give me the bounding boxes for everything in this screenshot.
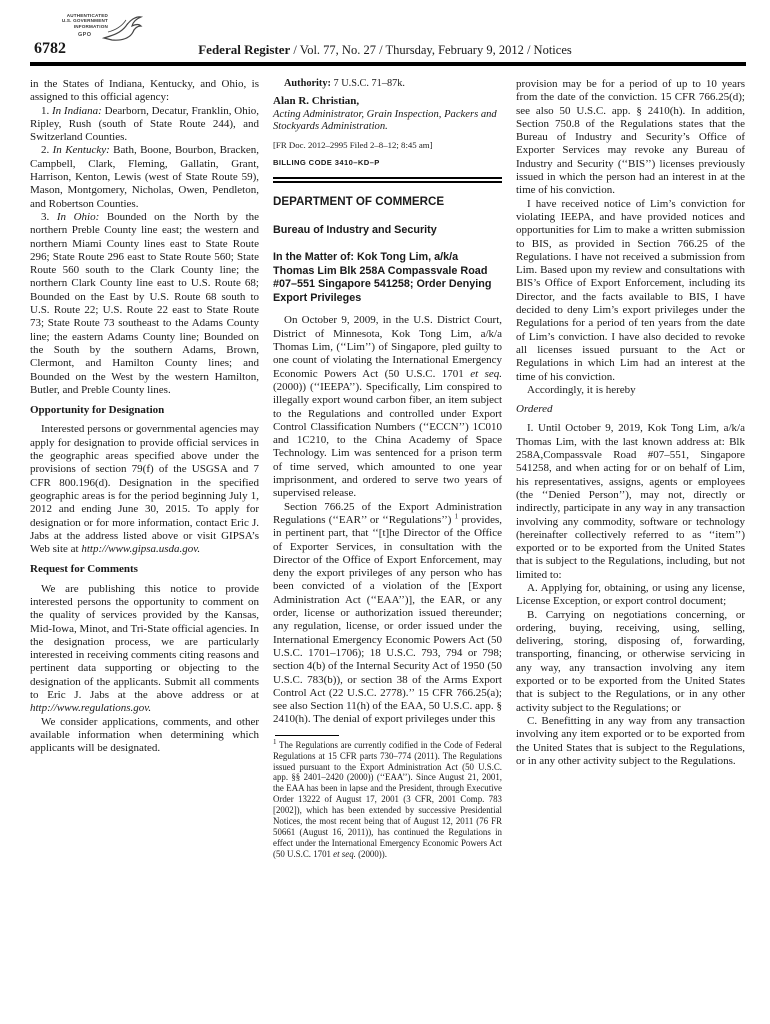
comments-text: We are publishing this notice to provide… [30,583,259,701]
footnote-text-end: (2000)). [356,849,387,859]
state-name-italic: In Kentucky: [53,144,110,156]
heading-request-for-comments: Request for Comments [30,563,259,576]
fr-doc-line: [FR Doc. 2012–2995 Filed 2–8–12; 8:45 am… [273,139,502,152]
signer-title: Acting Administrator, Grain Inspection, … [273,109,502,134]
gipsa-url: http://www.gipsa.usda.gov. [81,543,200,555]
heading-in-the-matter-of: In the Matter of: Kok Tong Lim, a/k/a Th… [273,251,502,305]
paragraph-order-c: C. Benefitting in any way from any trans… [516,715,745,768]
list-number: 2. [41,144,53,156]
paragraph-notice-received: I have received notice of Lim’s convicti… [516,198,745,384]
et-seq-italic: et seq. [470,368,502,380]
list-number: 3. [41,211,57,223]
footnote-separator-rule [275,735,339,736]
gpo-seal-text: AUTHENTICATED U.S. GOVERNMENT INFORMATIO… [44,13,108,29]
heading-opportunity-for-designation: Opportunity for Designation [30,404,259,417]
paragraph-continuation: in the States of Indiana, Kentucky, and … [30,78,259,105]
gpo-seal-abbr: GPO [78,32,91,38]
et-seq-italic: et seq. [333,849,356,859]
paragraph-accordingly: Accordingly, it is hereby [516,384,745,397]
section-divider-rule [273,177,502,183]
column-left: in the States of Indiana, Kentucky, and … [30,78,259,756]
heading-ordered: Ordered [516,403,745,416]
heading-bureau-of-industry-and-security: Bureau of Industry and Security [273,224,502,237]
regulations-text-cont: provides, in pertinent part, that ‘‘[t]h… [273,514,502,725]
boundary-description: Bounded on the North by the northern Pre… [30,211,259,396]
heading-department-of-commerce: DEPARTMENT OF COMMERCE [273,195,502,208]
paragraph-comments-info: We are publishing this notice to provide… [30,583,259,716]
authority-label: Authority: [284,78,331,89]
paragraph-indiana: 1. In Indiana: Dearborn, Decatur, Frankl… [30,105,259,145]
journal-title: Federal Register [198,42,290,57]
regulations-url: http://www.regulations.gov. [30,702,151,714]
footnote-text: The Regulations are currently codified i… [273,740,502,859]
designation-text: Interested persons or governmental agenc… [30,423,259,555]
conviction-text-cont: (2000)) (‘‘IEEPA’’). Specifically, Lim c… [273,381,502,499]
footnote-1: 1 The Regulations are currently codified… [273,740,502,860]
paragraph-conviction: On October 9, 2009, in the U.S. District… [273,314,502,500]
header-rule [30,62,746,66]
paragraph-order-b: B. Carrying on negotiations concerning, … [516,609,745,715]
list-number: 1. [41,105,52,117]
paragraph-kentucky: 2. In Kentucky: Bath, Boone, Bourbon, Br… [30,144,259,210]
authority-citation: Authority: 7 U.S.C. 71–87k. [273,78,502,90]
paragraph-designation-info: Interested persons or governmental agenc… [30,423,259,556]
paragraph-ohio: 3. In Ohio: Bounded on the North by the … [30,211,259,397]
paragraph-applications: We consider applications, comments, and … [30,716,259,756]
signer-name: Alan R. Christian, [273,95,502,108]
paragraph-order-a: A. Applying for, obtaining, or using any… [516,582,745,609]
state-name-italic: In Ohio: [57,211,99,223]
paragraph-denial-period: provision may be for a period of up to 1… [516,78,745,198]
paragraph-section-766: Section 766.25 of the Export Administrat… [273,501,502,727]
state-name-italic: In Indiana: [52,105,102,117]
journal-header: Federal Register / Vol. 77, No. 27 / Thu… [0,42,770,58]
journal-issue-info: / Vol. 77, No. 27 / Thursday, February 9… [290,43,571,57]
federal-register-page: AUTHENTICATED U.S. GOVERNMENT INFORMATIO… [0,0,770,1024]
billing-code: BILLING CODE 3410–KD–P [273,156,502,169]
column-middle: Authority: 7 U.S.C. 71–87k. Alan R. Chri… [273,78,502,860]
paragraph-order-i: I. Until October 9, 2019, Kok Tong Lim, … [516,422,745,582]
conviction-text: On October 9, 2009, in the U.S. District… [273,314,502,379]
authority-text: 7 U.S.C. 71–87k. [331,78,405,89]
gpo-seal-line: INFORMATION [44,24,108,29]
column-right: provision may be for a period of up to 1… [516,78,745,768]
